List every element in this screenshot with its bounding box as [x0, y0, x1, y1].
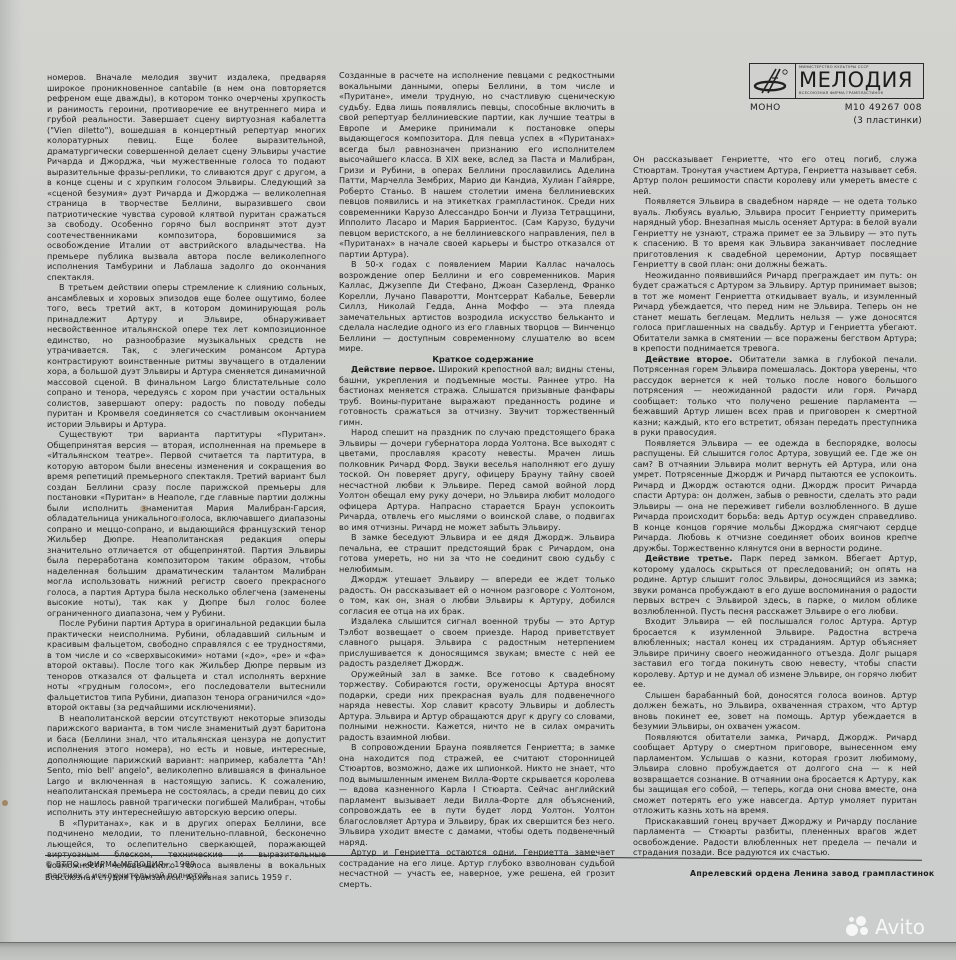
brand-name: МЕЛОДИЯ	[799, 68, 913, 92]
paragraph: Неожиданно появившийся Ричард преграждае…	[633, 270, 917, 354]
paragraph: В сопровождении Брауна появляется Генрие…	[339, 742, 615, 847]
format-label: МОНО	[750, 103, 781, 113]
text-column-middle: Созданные в расчете на исполнение певцам…	[339, 70, 615, 889]
paragraph: Артур и Генриетта остаются одни. Генриет…	[339, 847, 615, 889]
disc-count: (3 пластинки)	[842, 116, 922, 126]
act-title: Действие третье.	[645, 553, 732, 563]
act-title: Действие первое.	[351, 364, 435, 374]
stain	[2, 800, 8, 806]
footer-rule-left	[45, 855, 597, 856]
melodiya-logo-icon	[752, 66, 792, 96]
paragraph: Джордж утешает Эльвиру — впереди ее ждет…	[339, 574, 615, 616]
paragraph: После Рубини партия Артура в оригинально…	[47, 618, 326, 713]
paragraph: Появляются обитатели замка, Ричард, Джор…	[633, 732, 917, 816]
paragraph: В «Пуританах», как и в других операх Бел…	[47, 818, 326, 881]
stain	[178, 516, 185, 522]
paragraph: Он рассказывает Генриетте, что его отец …	[633, 154, 917, 196]
recording-info: Всесоюзная студия грамзаписи. Архивная з…	[45, 873, 292, 882]
paragraph: Слышен барабанный бой, доносятся голоса …	[633, 690, 917, 732]
paragraph: Появляется Эльвира — ее одежда в беспоря…	[633, 438, 917, 554]
synopsis-heading: Краткое содержание	[339, 354, 615, 365]
paragraph: В третьем действии оперы стремление к сл…	[47, 282, 326, 429]
footer-rule-right	[600, 857, 922, 861]
paragraph: В неаполитанской версии отсутствуют неко…	[47, 713, 326, 818]
paragraph: В 50-х годах с появлением Марии Каллас н…	[339, 259, 615, 354]
text-column-right: Он рассказывает Генриетте, что его отец …	[633, 154, 917, 858]
text-column-left: номеров. Вначале мелодия звучит издалека…	[47, 72, 326, 881]
paragraph: Обитатели замка в глубокой печали. Потря…	[633, 354, 917, 438]
paragraph: Издалека слышится сигнал военной трубы —…	[339, 616, 615, 669]
company-text: ВСЕСОЮЗНАЯ ФИРМА ГРАМПЛАСТИНОК	[799, 91, 883, 95]
avito-logo-icon	[846, 916, 872, 938]
copyright-text: © ВТПО «ФИРМА МЕЛОДИЯ», 1989	[45, 860, 195, 869]
paragraph: Созданные в расчете на исполнение певцам…	[339, 70, 615, 259]
sleeve-left-edge	[0, 0, 22, 960]
paragraph: В замке беседуют Эльвира и ее дядя Джорд…	[339, 532, 615, 574]
stain	[140, 505, 148, 513]
sleeve-bottom-edge	[0, 942, 956, 960]
paragraph: Народ спешит на праздник по случаю предс…	[339, 427, 615, 532]
paragraph: Появляется Эльвира в свадебном наряде — …	[633, 196, 917, 270]
paragraph: Оружейный зал в замке. Все готово к свад…	[339, 669, 615, 743]
avito-watermark: Avito	[846, 915, 925, 939]
paragraph: Существуют три варианта партитуры «Пурит…	[47, 429, 326, 618]
melodiya-logo	[750, 64, 796, 98]
act-title: Действие второе.	[645, 354, 732, 364]
paragraph: Входит Эльвира — ей послышался голос Арт…	[633, 616, 917, 690]
avito-watermark-text: Avito	[875, 915, 925, 939]
catalog-number: М10 49267 008	[842, 103, 922, 113]
paragraph: номеров. Вначале мелодия звучит издалека…	[47, 72, 326, 282]
melodiya-label: МИНИСТЕРСТВО КУЛЬТУРЫ СССР МЕЛОДИЯ ВСЕСО…	[749, 63, 924, 99]
paragraph: Прискакавший гонец вручает Джорджу и Рич…	[633, 816, 917, 858]
record-sleeve-back: номеров. Вначале мелодия звучит издалека…	[0, 0, 956, 960]
pressing-plant: Апрелевский ордена Ленина завод грамплас…	[690, 869, 935, 878]
